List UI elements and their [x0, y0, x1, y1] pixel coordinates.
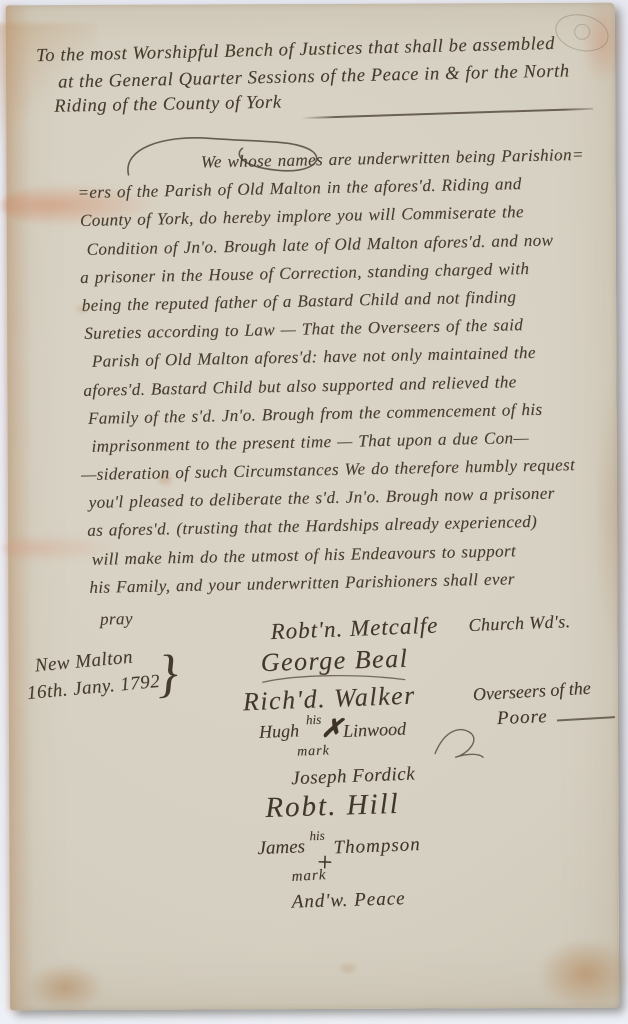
flourish-dash: [557, 716, 615, 721]
signature-hill: Robt. Hill: [265, 788, 400, 825]
signature-fordick: Joseph Fordick: [291, 763, 416, 790]
signature-linwood-first: Hugh: [259, 720, 300, 743]
signature-thompson-his: his: [309, 828, 325, 845]
fox-spot: [340, 964, 356, 973]
signature-thompson-mark-word: mark: [291, 867, 327, 886]
signature-walker: Rich'd. Walker: [242, 681, 416, 718]
flourish-paraph: [427, 723, 487, 763]
signature-metcalfe: Robt'n. Metcalfe: [270, 613, 439, 646]
signature-thompson-last: Thompson: [333, 834, 421, 859]
signature-linwood-last: Linwood: [343, 719, 407, 742]
signature-linwood-mark-word: mark: [297, 743, 330, 760]
stain-bottom-right: [538, 939, 628, 1009]
pencil-oval-mark: [551, 9, 612, 57]
document-page: To the most Worshipful Bench of Justices…: [6, 3, 619, 1011]
stain-bottom-left: [26, 963, 104, 1011]
church-wardens-label: Church Wd's.: [468, 611, 571, 636]
dateline-brace: }: [155, 644, 180, 704]
flourish-dash: [301, 108, 593, 119]
overseers-label-line2: Poore: [497, 706, 549, 730]
stain-right-edge: [595, 383, 628, 643]
signature-thompson-first: James: [257, 836, 305, 860]
overseers-label-line1: Overseers of the: [472, 678, 591, 706]
signature-linwood-his: his: [306, 712, 322, 729]
signature-linwood-cross-mark: ✗: [320, 713, 343, 744]
salutation-line: at the General Quarter Sessions of the P…: [58, 61, 570, 93]
salutation-line: Riding of the County of York: [54, 93, 282, 118]
salutation: To the most Worshipful Bench of Justices…: [6, 3, 615, 6]
salutation-line: To the most Worshipful Bench of Justices…: [36, 34, 555, 67]
stain-left-edge: [4, 5, 34, 1010]
signature-peace: And'w. Peace: [291, 888, 405, 913]
petition-body: We whose names are underwritten being Pa…: [79, 145, 594, 638]
dateline-place: New Malton: [34, 647, 134, 678]
signature-beal: George Beal: [260, 644, 409, 678]
